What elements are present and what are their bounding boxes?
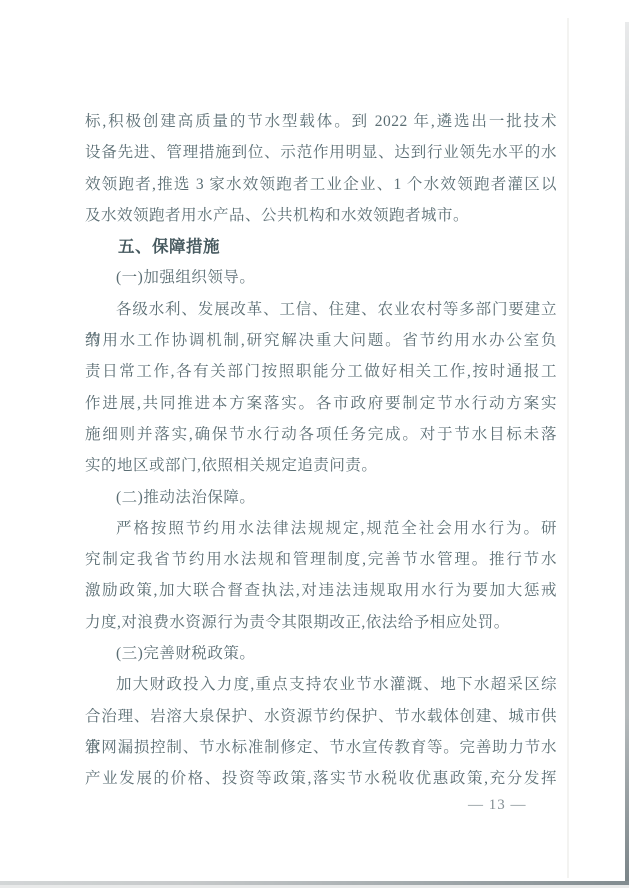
body-line: 力度,对浪费水资源行为责令其限期改正,依法给予相应处罚。	[85, 607, 557, 638]
page-number: — 13 —	[468, 797, 558, 814]
body-line: 施细则并落实,确保节水行动各项任务完成。对于节水目标未落	[85, 419, 557, 450]
body-line: 产业发展的价格、投资等政策,落实节水税收优惠政策,充分发挥	[85, 763, 557, 794]
section-heading: 五、保障措施	[85, 231, 557, 262]
scan-edge-right	[625, 22, 629, 888]
body-line: 实的地区或部门,依照相关规定追责问责。	[85, 450, 557, 481]
body-line: 合治理、岩溶大泉保护、水资源节约保护、节水载体创建、城市供水	[85, 701, 557, 732]
body-line: 究制定我省节约用水法规和管理制度,完善节水管理。推行节水	[85, 544, 557, 575]
body-line: 各级水利、发展改革、工信、住建、农业农村等多部门要建立节	[85, 294, 557, 325]
subsection-heading: (二)推动法治保障。	[85, 482, 557, 513]
body-line: 标,积极创建高质量的节水型载体。到 2022 年,遴选出一批技术	[85, 106, 557, 137]
body-line: 及水效领跑者用水产品、公共机构和水效领跑者城市。	[85, 200, 557, 231]
document-body: 标,积极创建高质量的节水型载体。到 2022 年,遴选出一批技术 设备先进、管理…	[85, 106, 557, 795]
subsection-heading: (三)完善财税政策。	[85, 638, 557, 669]
document-page: 标,积极创建高质量的节水型载体。到 2022 年,遴选出一批技术 设备先进、管理…	[0, 0, 629, 888]
body-line: 效领跑者,推选 3 家水效领跑者工业企业、1 个水效领跑者灌区以	[85, 169, 557, 200]
scan-edge-bottom	[0, 881, 629, 885]
body-line: 约用水工作协调机制,研究解决重大问题。省节约用水办公室负	[85, 325, 557, 356]
body-line: 严格按照节约用水法律法规规定,规范全社会用水行为。研	[85, 513, 557, 544]
body-line: 管网漏损控制、节水标准制修定、节水宣传教育等。完善助力节水	[85, 732, 557, 763]
scan-crease-line	[567, 18, 569, 878]
body-line: 激励政策,加大联合督查执法,对违法违规取用水行为要加大惩戒	[85, 575, 557, 606]
subsection-heading: (一)加强组织领导。	[85, 262, 557, 293]
body-line: 加大财政投入力度,重点支持农业节水灌溉、地下水超采区综	[85, 669, 557, 700]
body-line: 作进展,共同推进本方案落实。各市政府要制定节水行动方案实	[85, 388, 557, 419]
body-line: 设备先进、管理措施到位、示范作用明显、达到行业领先水平的水	[85, 137, 557, 168]
body-line: 责日常工作,各有关部门按照职能分工做好相关工作,按时通报工	[85, 356, 557, 387]
